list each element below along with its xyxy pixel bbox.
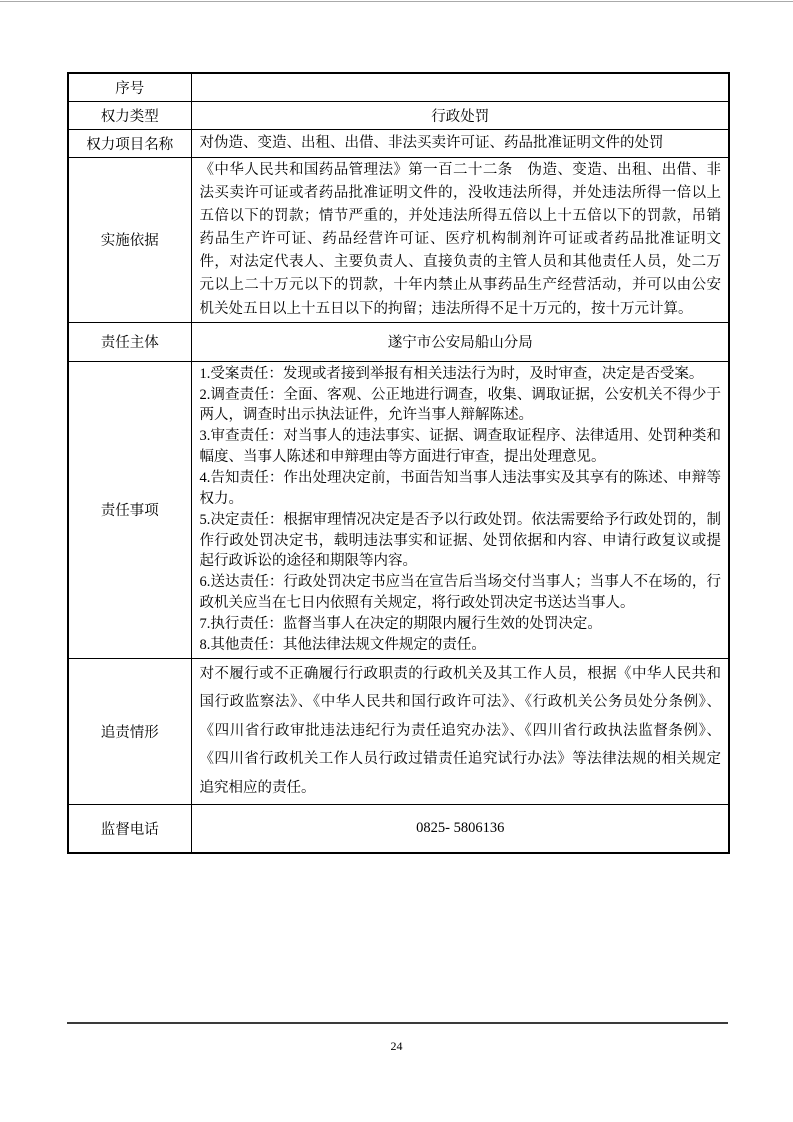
table-row: 序号 (68, 73, 729, 102)
value-power-type: 行政处罚 (191, 102, 729, 130)
footer-rule (67, 1022, 728, 1024)
table-row: 追责情形 对不履行或不正确履行行政职责的行政机关及其工作人员，根据《中华人民共和… (68, 658, 729, 804)
value-accountability-situations: 对不履行或不正确履行行政职责的行政机关及其工作人员，根据《中华人民共和国行政监察… (191, 658, 729, 804)
duty-item-investigate: 2.调查责任：全面、客观、公正地进行调查，收集、调取证据，公安机关不得少于两人，… (200, 385, 722, 427)
duty-item-notify: 4.告知责任：作出处理决定前，书面告知当事人违法事实及其享有的陈述、申辩等权力。 (200, 468, 722, 510)
label-responsibility-items: 责任事项 (68, 361, 191, 658)
table-row: 实施依据 《中华人民共和国药品管理法》第一百二十二条 伪造、变造、出租、出借、非… (68, 158, 729, 323)
duty-item-other: 8.其他责任：其他法律法规文件规定的责任。 (200, 635, 722, 656)
table-row: 责任事项 1.受案责任：发现或者接到举报有相关违法行为时，及时审查，决定是否受案… (68, 361, 729, 658)
label-power-type: 权力类型 (68, 102, 191, 130)
table-row: 监督电话 0825- 5806136 (68, 804, 729, 853)
label-supervision-phone: 监督电话 (68, 804, 191, 853)
label-serial-number: 序号 (68, 73, 191, 102)
page-top-edge-rule (0, 1, 793, 2)
label-power-item-name: 权力项目名称 (68, 130, 191, 158)
label-responsible-entity: 责任主体 (68, 322, 191, 361)
duty-item-execute: 7.执行责任：监督当事人在决定的期限内履行生效的处罚决定。 (200, 614, 722, 635)
value-supervision-phone: 0825- 5806136 (191, 804, 729, 853)
value-power-item-name: 对伪造、变造、出租、出借、非法买卖许可证、药品批准证明文件的处罚 (191, 130, 729, 158)
page-number: 24 (0, 1039, 793, 1054)
table-row: 权力类型 行政处罚 (68, 102, 729, 130)
table-row: 责任主体 遂宁市公安局船山分局 (68, 322, 729, 361)
duty-item-accept-case: 1.受案责任：发现或者接到举报有相关违法行为时，及时审查，决定是否受案。 (200, 364, 722, 385)
duty-item-decide: 5.决定责任：根据审理情况决定是否予以行政处罚。依法需要给予行政处罚的，制作行政… (200, 510, 722, 573)
document-page: 序号 权力类型 行政处罚 权力项目名称 对伪造、变造、出租、出借、非法买卖许可证… (0, 0, 793, 1122)
value-responsible-entity: 遂宁市公安局船山分局 (191, 322, 729, 361)
value-responsibility-items: 1.受案责任：发现或者接到举报有相关违法行为时，及时审查，决定是否受案。 2.调… (191, 361, 729, 658)
value-serial-number (191, 73, 729, 102)
power-item-table: 序号 权力类型 行政处罚 权力项目名称 对伪造、变造、出租、出借、非法买卖许可证… (67, 72, 730, 854)
value-implementation-basis: 《中华人民共和国药品管理法》第一百二十二条 伪造、变造、出租、出借、非法买卖许可… (191, 158, 729, 323)
table-row: 权力项目名称 对伪造、变造、出租、出借、非法买卖许可证、药品批准证明文件的处罚 (68, 130, 729, 158)
duty-item-deliver: 6.送达责任：行政处罚决定书应当在宣告后当场交付当事人；当事人不在场的，行政机关… (200, 572, 722, 614)
duty-item-review: 3.审查责任：对当事人的违法事实、证据、调查取证程序、法律适用、处罚种类和幅度、… (200, 426, 722, 468)
label-implementation-basis: 实施依据 (68, 158, 191, 323)
label-accountability-situations: 追责情形 (68, 658, 191, 804)
